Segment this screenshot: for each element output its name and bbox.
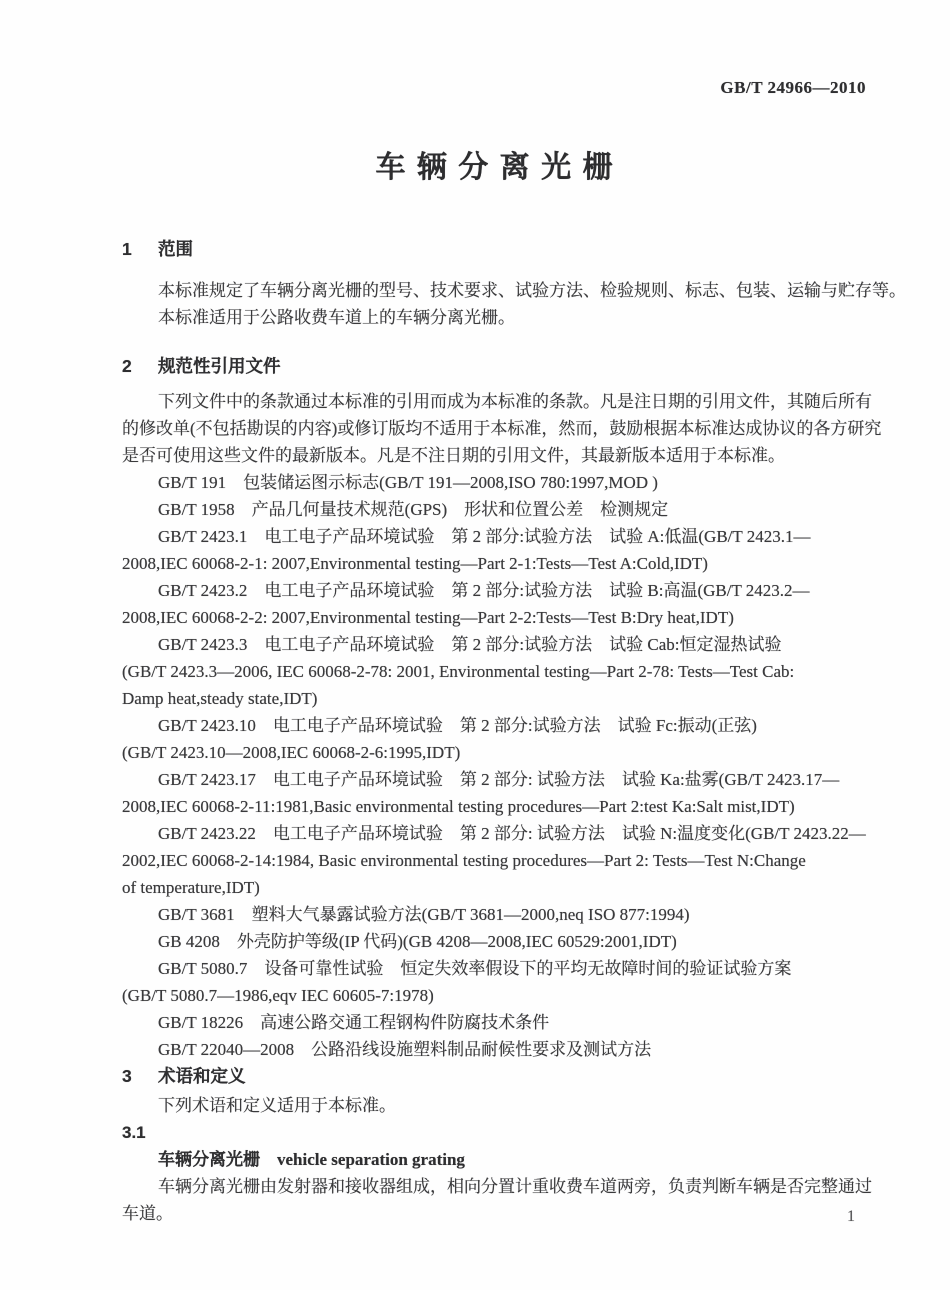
reference-line: GB/T 2423.3 电工电子产品环境试验 第 2 部分:试验方法 试验 Ca…: [122, 631, 866, 658]
reference-line: of temperature,IDT): [122, 874, 866, 901]
section-heading-2: 2规范性引用文件: [122, 353, 866, 380]
section-title: 规范性引用文件: [158, 356, 281, 376]
reference-line: GB/T 2423.17 电工电子产品环境试验 第 2 部分: 试验方法 试验 …: [122, 766, 866, 793]
reference-line: 2008,IEC 60068-2-2: 2007,Environmental t…: [122, 604, 866, 631]
document-title: 车辆分离光栅: [122, 146, 866, 190]
reference-line: GB/T 2423.10 电工电子产品环境试验 第 2 部分:试验方法 试验 F…: [122, 712, 866, 739]
section-heading-1: 1范围: [122, 236, 866, 263]
document-page: GB/T 24966—2010 车辆分离光栅 1范围 本标准规定了车辆分离光栅的…: [0, 0, 950, 1290]
paragraph-line: 下列文件中的条款通过本标准的引用而成为本标准的条款。凡是注日期的引用文件，其随后…: [122, 388, 866, 415]
paragraph-line: 本标准适用于公路收费车道上的车辆分离光栅。: [122, 304, 866, 331]
reference-line: (GB/T 5080.7—1986,eqv IEC 60605-7:1978): [122, 982, 866, 1009]
reference-line: GB/T 3681 塑料大气暴露试验方法(GB/T 3681—2000,neq …: [122, 901, 866, 928]
definition-line: 车道。: [122, 1200, 866, 1227]
paragraph-line: 的修改单(不包括勘误的内容)或修订版均不适用于本标准，然而，鼓励根据本标准达成协…: [122, 415, 866, 442]
reference-line: Damp heat,steady state,IDT): [122, 685, 866, 712]
paragraph-line: 本标准规定了车辆分离光栅的型号、技术要求、试验方法、检验规则、标志、包装、运输与…: [122, 277, 866, 304]
reference-line: 2008,IEC 60068-2-11:1981,Basic environme…: [122, 793, 866, 820]
section-number: 3: [122, 1063, 158, 1090]
reference-line: GB/T 2423.2 电工电子产品环境试验 第 2 部分:试验方法 试验 B:…: [122, 577, 866, 604]
reference-line: GB/T 5080.7 设备可靠性试验 恒定失效率假设下的平均无故障时间的验证试…: [122, 955, 866, 982]
reference-line: 2008,IEC 60068-2-1: 2007,Environmental t…: [122, 550, 866, 577]
section-title: 范围: [158, 239, 193, 259]
section-title: 术语和定义: [158, 1066, 246, 1086]
section-number: 2: [122, 353, 158, 380]
reference-line: 2002,IEC 60068-2-14:1984, Basic environm…: [122, 847, 866, 874]
term-heading: 车辆分离光栅 vehicle separation grating: [122, 1146, 866, 1173]
reference-line: (GB/T 2423.3—2006, IEC 60068-2-78: 2001,…: [122, 658, 866, 685]
section-heading-3: 3术语和定义: [122, 1063, 866, 1090]
section-number: 1: [122, 236, 158, 263]
reference-line: GB/T 22040—2008 公路沿线设施塑料制品耐候性要求及测试方法: [122, 1036, 866, 1063]
paragraph-line: 下列术语和定义适用于本标准。: [122, 1092, 866, 1119]
page-number: 1: [847, 1207, 855, 1227]
paragraph-line: 是否可使用这些文件的最新版本。凡是不注日期的引用文件，其最新版本适用于本标准。: [122, 442, 866, 469]
reference-line: GB/T 2423.22 电工电子产品环境试验 第 2 部分: 试验方法 试验 …: [122, 820, 866, 847]
standard-code: GB/T 24966—2010: [122, 78, 866, 98]
reference-line: GB/T 1958 产品几何量技术规范(GPS) 形状和位置公差 检测规定: [122, 496, 866, 523]
page-content: GB/T 24966—2010 车辆分离光栅 1范围 本标准规定了车辆分离光栅的…: [0, 78, 950, 1227]
reference-line: GB/T 191 包装储运图示标志(GB/T 191—2008,ISO 780:…: [122, 469, 866, 496]
reference-line: (GB/T 2423.10—2008,IEC 60068-2-6:1995,ID…: [122, 739, 866, 766]
definition-line: 车辆分离光栅由发射器和接收器组成，相向分置计重收费车道两旁，负责判断车辆是否完整…: [122, 1173, 866, 1200]
reference-line: GB 4208 外壳防护等级(IP 代码)(GB 4208—2008,IEC 6…: [122, 928, 866, 955]
reference-line: GB/T 2423.1 电工电子产品环境试验 第 2 部分:试验方法 试验 A:…: [122, 523, 866, 550]
clause-number: 3.1: [122, 1119, 866, 1146]
reference-line: GB/T 18226 高速公路交通工程钢构件防腐技术条件: [122, 1009, 866, 1036]
